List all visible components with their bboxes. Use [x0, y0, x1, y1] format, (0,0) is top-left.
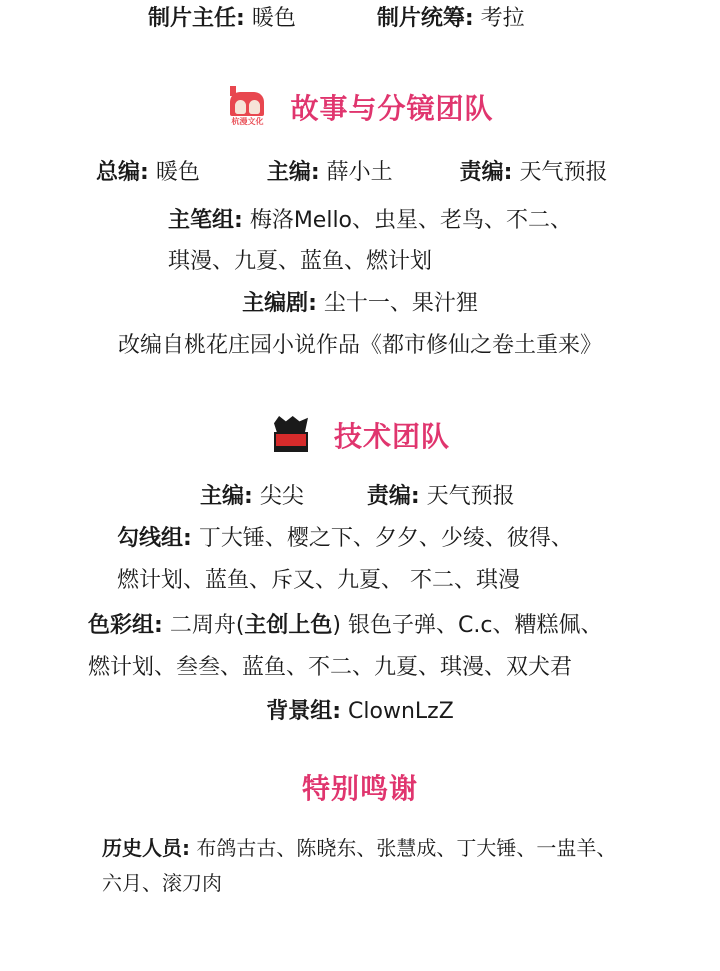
tech-responsible-editor-name: 天气预报: [427, 484, 515, 509]
lineart-line2: 燃计划、蓝鱼、斥又、九夏、 不二、琪漫: [117, 566, 520, 596]
former-staff-label: 历史人员:: [102, 836, 190, 860]
story-responsible-editor-label: 责编:: [460, 160, 513, 185]
production-coordinator-label: 制片统筹:: [377, 6, 474, 31]
story-editor-label: 主编:: [267, 160, 320, 185]
production-manager-label: 制片主任:: [148, 6, 245, 31]
tech-editor-label: 主编:: [200, 484, 253, 509]
story-editors-row: 总编: 暖色 主编: 薛小土 责编: 天气预报: [96, 158, 607, 188]
color-line1: 色彩组: 二周舟(主创上色) 银色子弹、C.c、糟糕佩、: [88, 611, 602, 641]
production-coordinator-name: 考拉: [481, 6, 525, 31]
color-names-1b: ) 银色子弹、C.c、糟糕佩、: [332, 613, 602, 638]
adaptation-note: 改编自桃花庄园小说作品《都市修仙之卷土重来》: [0, 331, 720, 361]
background-names: ClownLzZ: [348, 699, 454, 724]
lead-artists-label: 主笔组:: [168, 208, 243, 233]
color-label: 色彩组:: [88, 613, 163, 638]
production-credits-row: 制片主任: 暖色 制片统筹: 考拉: [148, 4, 525, 34]
former-staff-names-1: 布鸽古古、陈晓东、张慧成、丁大锤、一盅羊、: [196, 836, 616, 860]
lineart-label: 勾线组:: [117, 526, 192, 551]
special-thanks-title: 特别鸣谢: [302, 767, 418, 807]
tech-team-title: 技术团队: [334, 415, 450, 455]
head-writers-label: 主编剧:: [242, 291, 317, 316]
production-coordinator: 制片统筹: 考拉: [377, 4, 525, 34]
production-manager-name: 暖色: [252, 6, 296, 31]
color-line2: 燃计划、叁叁、蓝鱼、不二、九夏、琪漫、双犬君: [88, 653, 572, 683]
head-writers-names: 尘十一、果汁狸: [324, 291, 478, 316]
former-staff-names-2: 六月、滚刀肉: [102, 871, 222, 895]
story-editor: 主编: 薛小土: [267, 158, 393, 188]
story-team-header: 杭漫文化 故事与分镜团队: [0, 82, 720, 132]
story-team-title: 故事与分镜团队: [290, 87, 493, 127]
tech-responsible-editor: 责编: 天气预报: [367, 482, 515, 512]
color-names-1a: 二周舟(: [170, 613, 245, 638]
special-thanks-header: 特别鸣谢: [0, 762, 720, 812]
lead-artists-line1: 主笔组: 梅洛Mello、虫星、老鸟、不二、: [168, 206, 572, 236]
tech-team-header: 技术团队: [0, 410, 720, 460]
story-responsible-editor: 责编: 天气预报: [460, 158, 608, 188]
background-label: 背景组:: [266, 699, 341, 724]
hangman-culture-logo-icon: 杭漫文化: [226, 86, 268, 128]
tech-editors-row: 主编: 尖尖 责编: 天气预报: [200, 482, 515, 512]
story-responsible-editor-name: 天气预报: [519, 160, 607, 185]
color-names-2: 燃计划、叁叁、蓝鱼、不二、九夏、琪漫、双犬君: [88, 655, 572, 680]
background-row: 背景组: ClownLzZ: [0, 697, 720, 727]
tech-responsible-editor-label: 责编:: [367, 484, 420, 509]
lead-artists-line2: 琪漫、九夏、蓝鱼、燃计划: [168, 247, 432, 277]
tech-editor: 主编: 尖尖: [200, 482, 304, 512]
chief-editor-label: 总编:: [96, 160, 149, 185]
production-manager: 制片主任: 暖色: [148, 4, 296, 34]
former-staff-line2: 六月、滚刀肉: [102, 868, 222, 898]
lead-artists-names-2: 琪漫、九夏、蓝鱼、燃计划: [168, 249, 432, 274]
lineart-names-2: 燃计划、蓝鱼、斥又、九夏、 不二、琪漫: [117, 568, 520, 593]
lead-artists-names-1: 梅洛Mello、虫星、老鸟、不二、: [250, 208, 572, 233]
former-staff-line1: 历史人员: 布鸽古古、陈晓东、张慧成、丁大锤、一盅羊、: [102, 833, 616, 863]
legend-comics-logo-icon: [270, 414, 312, 456]
lineart-line1: 勾线组: 丁大锤、樱之下、夕夕、少绫、彼得、: [117, 524, 573, 554]
story-editor-name: 薛小土: [327, 160, 393, 185]
color-lead-note: 主创上色: [244, 613, 332, 638]
chief-editor-name: 暖色: [156, 160, 200, 185]
lineart-names-1: 丁大锤、樱之下、夕夕、少绫、彼得、: [199, 526, 573, 551]
chief-editor: 总编: 暖色: [96, 158, 200, 188]
head-writers-row: 主编剧: 尘十一、果汁狸: [0, 289, 720, 319]
tech-editor-name: 尖尖: [260, 484, 304, 509]
